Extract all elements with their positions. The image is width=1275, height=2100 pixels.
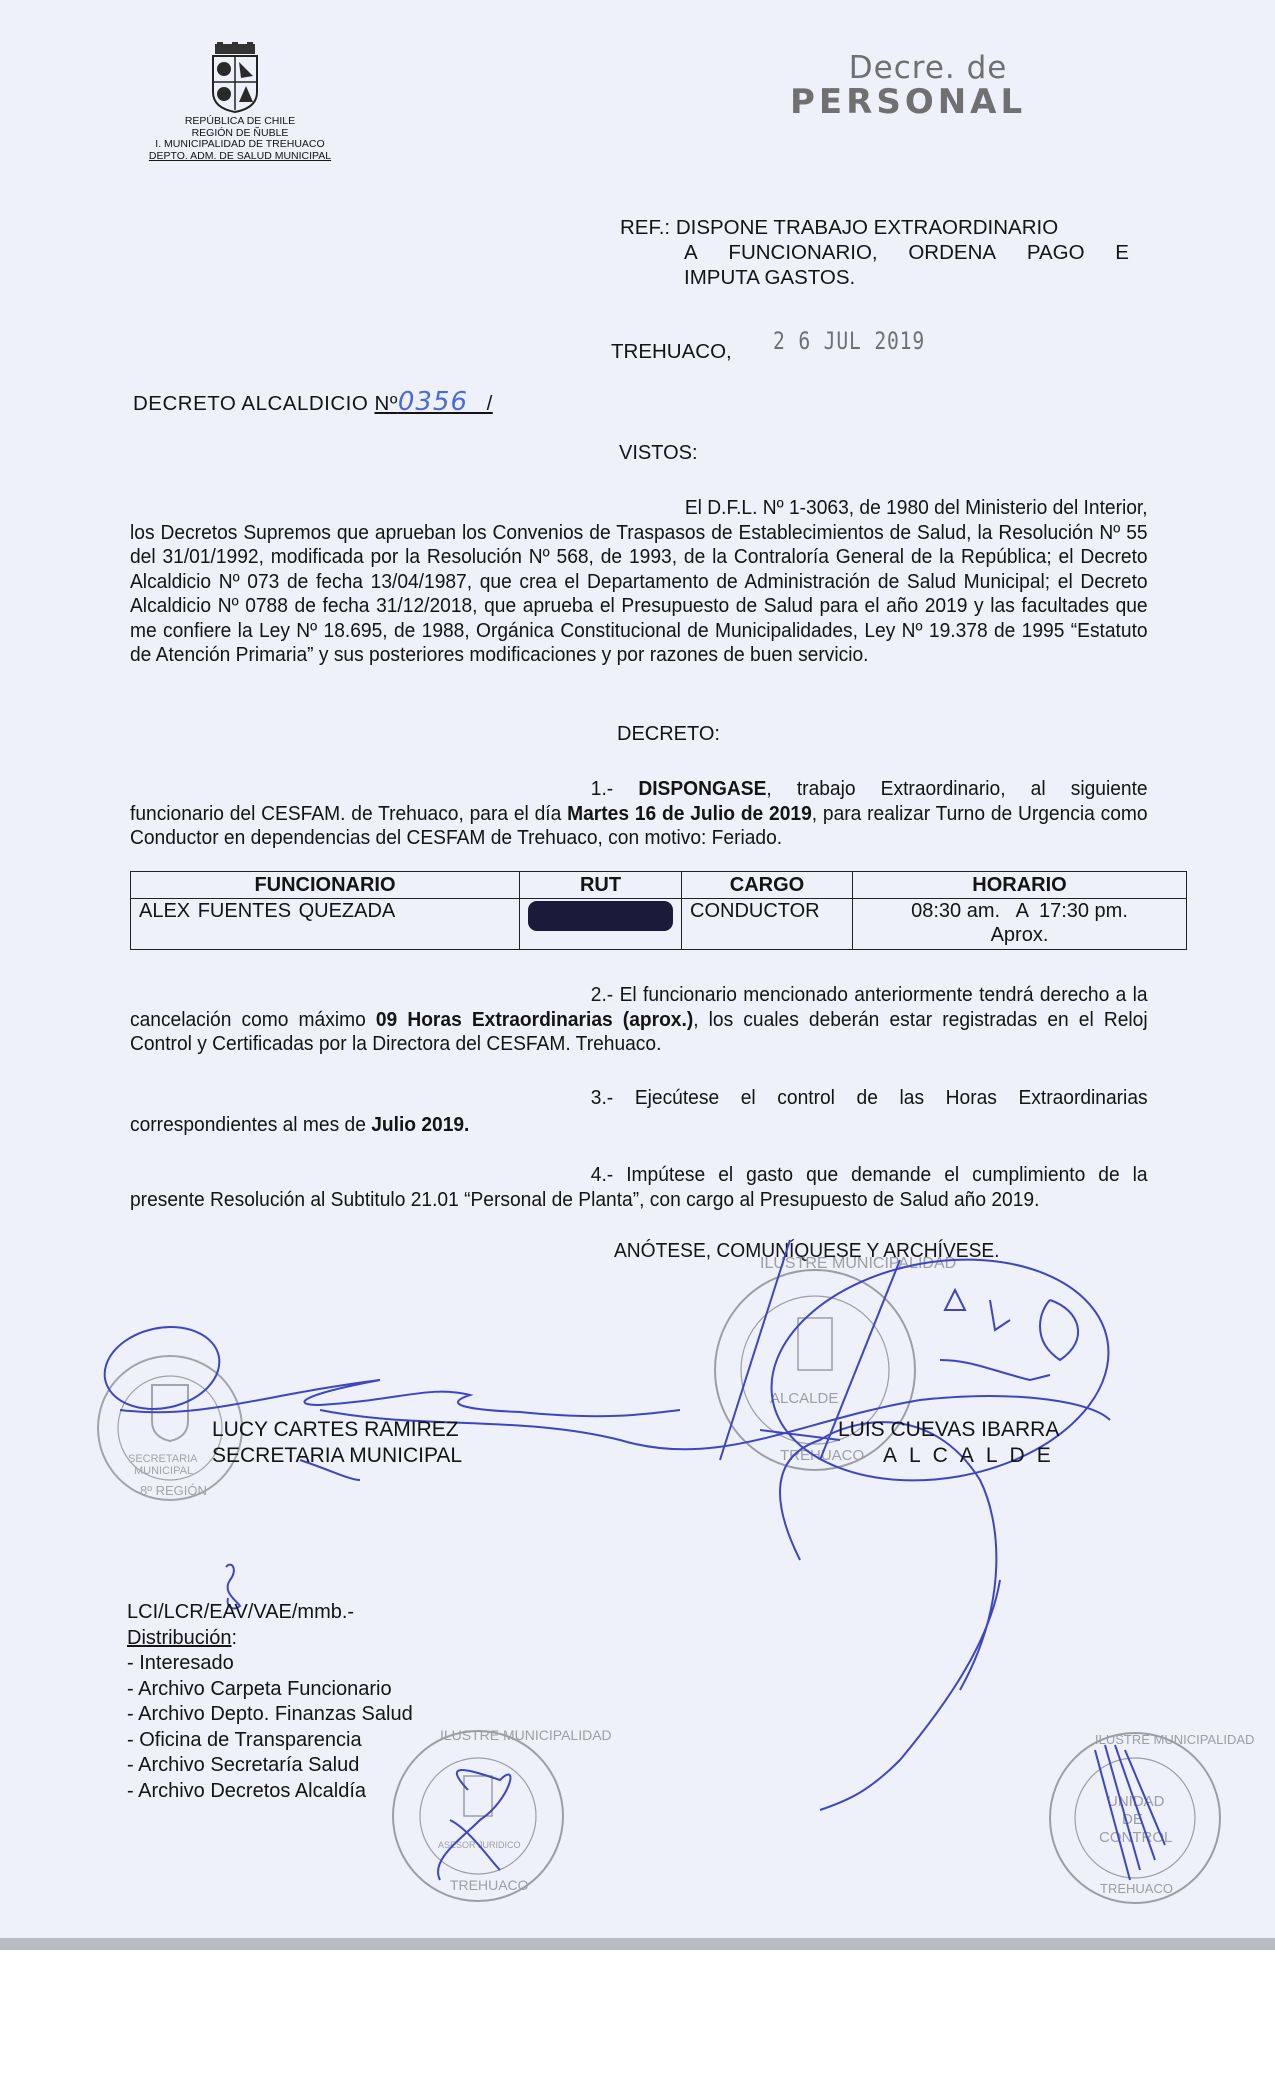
svg-text:TREHUACO: TREHUACO bbox=[1100, 1881, 1173, 1896]
ref-line-3: IMPUTA GASTOS. bbox=[620, 265, 1140, 290]
mayor-name: LUIS CUEVAS IBARRA bbox=[838, 1417, 1063, 1443]
cell-rut bbox=[520, 899, 682, 950]
vistos-first-line: El D.F.L. Nº 1-3063, de 1980 del Ministe… bbox=[130, 496, 1148, 521]
juridico-seal-icon: ILUSTRE MUNICIPALIDAD ASESOR JURIDICO TR… bbox=[393, 1727, 612, 1901]
distribution-item: - Interesado bbox=[127, 1651, 413, 1677]
vistos-body: los Decretos Supremos que aprueban los C… bbox=[130, 522, 1148, 667]
redaction-mark bbox=[528, 901, 673, 931]
ref-word: FUNCIONARIO, bbox=[728, 240, 877, 265]
cell-horario: 08:30 am. A 17:30 pm. Aprox. bbox=[853, 899, 1187, 950]
distribution-item: - Archivo Depto. Finanzas Salud bbox=[127, 1702, 413, 1728]
table-row: ALEX FUENTES QUEZADA CONDUCTOR 08:30 am.… bbox=[131, 899, 1187, 950]
closing-formula: ANÓTESE, COMUNÍQUESE Y ARCHÍVESE. bbox=[614, 1240, 1000, 1263]
svg-text:MUNICIPAL: MUNICIPAL bbox=[134, 1465, 193, 1477]
distribution-item: - Archivo Secretaría Salud bbox=[127, 1753, 413, 1779]
svg-text:8º REGIÓN: 8º REGIÓN bbox=[140, 1483, 207, 1498]
article-3: 3.- Ejecútese el control de las Horas Ex… bbox=[130, 1085, 1148, 1139]
svg-text:DE: DE bbox=[1122, 1811, 1143, 1828]
distribution-block: LCI/LCR/EAV/VAE/mmb.- Distribución: - In… bbox=[127, 1600, 413, 1804]
article-month: Julio 2019. bbox=[371, 1114, 469, 1136]
place: TREHUACO, bbox=[611, 340, 732, 364]
initials: LCI/LCR/EAV/VAE/mmb.- bbox=[127, 1600, 413, 1626]
col-rut: RUT bbox=[520, 872, 682, 899]
svg-text:ILUSTRE MUNICIPALIDAD: ILUSTRE MUNICIPALIDAD bbox=[1095, 1732, 1254, 1747]
municipal-coat-of-arms-icon bbox=[205, 42, 265, 114]
svg-text:TREHUACO: TREHUACO bbox=[450, 1877, 529, 1893]
secretary-title: SECRETARIA MUNICIPAL bbox=[212, 1443, 462, 1469]
article-number: 1.- bbox=[591, 778, 639, 800]
header-line-country: REPÚBLICA DE CHILE bbox=[130, 116, 350, 128]
ref-word: E bbox=[1115, 240, 1129, 265]
svg-text:UNIDAD: UNIDAD bbox=[1107, 1793, 1165, 1810]
reference-block: REF.: DISPONE TRABAJO EXTRAORDINARIO A F… bbox=[620, 215, 1140, 290]
decree-number: Nº0356 / bbox=[375, 392, 493, 415]
svg-text:ALCALDE: ALCALDE bbox=[770, 1390, 838, 1407]
article-1: 1.- DISPONGASE, trabajo Extraordinario, … bbox=[130, 777, 1148, 851]
header-line-department: DEPTO. ADM. DE SALUD MUNICIPAL bbox=[130, 151, 350, 163]
article-date: Martes 16 de Julio de 2019 bbox=[567, 803, 812, 825]
decree-label: DECRETO ALCALDICIO bbox=[133, 392, 375, 415]
decreto-heading: DECRETO: bbox=[617, 723, 720, 746]
vistos-paragraph: El D.F.L. Nº 1-3063, de 1980 del Ministe… bbox=[130, 496, 1148, 668]
cell-cargo: CONDUCTOR bbox=[682, 899, 853, 950]
distribution-item: - Archivo Decretos Alcaldía bbox=[127, 1779, 413, 1805]
distribution-item: - Archivo Carpeta Funcionario bbox=[127, 1677, 413, 1703]
article-2: 2.- El funcionario mencionado anteriorme… bbox=[130, 983, 1148, 1057]
svg-text:CONTROL: CONTROL bbox=[1099, 1829, 1172, 1846]
article-hours: 09 Horas Extraordinarias (aprox.) bbox=[376, 1009, 693, 1031]
horario-note: Aprox. bbox=[861, 923, 1178, 947]
mayor-title: ALCALDE bbox=[838, 1443, 1063, 1469]
control-seal-icon: UNIDAD DE CONTROL ILUSTRE MUNICIPALIDAD … bbox=[1050, 1732, 1254, 1903]
signature-block-secretary: LUCY CARTES RAMIREZ SECRETARIA MUNICIPAL bbox=[212, 1417, 462, 1469]
date-stamp: 2 6 JUL 2019 bbox=[773, 327, 925, 355]
number-prefix: Nº bbox=[375, 392, 398, 415]
signature-block-mayor: LUIS CUEVAS IBARRA ALCALDE bbox=[838, 1417, 1063, 1469]
ref-word: A bbox=[684, 240, 698, 265]
table-header-row: FUNCIONARIO RUT CARGO HORARIO bbox=[131, 872, 1187, 899]
svg-text:ILUSTRE MUNICIPALIDAD: ILUSTRE MUNICIPALIDAD bbox=[440, 1727, 612, 1743]
ref-line-1: DISPONE TRABAJO EXTRAORDINARIO bbox=[676, 216, 1058, 239]
article-keyword: DISPONGASE bbox=[638, 778, 766, 800]
stamp-line-1: Decre. de bbox=[790, 50, 1026, 86]
secretary-name: LUCY CARTES RAMIREZ bbox=[212, 1417, 462, 1443]
cell-funcionario: ALEX FUENTES QUEZADA bbox=[131, 899, 520, 950]
number-suffix: / bbox=[468, 392, 493, 415]
document-page: REPÚBLICA DE CHILE REGIÓN DE ÑUBLE I. MU… bbox=[0, 0, 1275, 1950]
svg-text:ASESOR JURIDICO: ASESOR JURIDICO bbox=[438, 1840, 521, 1850]
col-funcionario: FUNCIONARIO bbox=[131, 872, 520, 899]
stamp-line-2: PERSONAL bbox=[790, 82, 1026, 122]
vistos-heading: VISTOS: bbox=[619, 442, 698, 465]
ref-word: PAGO bbox=[1027, 240, 1085, 265]
header-line-municipality: I. MUNICIPALIDAD DE TREHUACO bbox=[130, 139, 350, 151]
col-horario: HORARIO bbox=[853, 872, 1187, 899]
ref-label: REF.: bbox=[620, 216, 670, 239]
employee-table: FUNCIONARIO RUT CARGO HORARIO ALEX FUENT… bbox=[130, 871, 1187, 950]
svg-text:SECRETARIA: SECRETARIA bbox=[128, 1453, 198, 1465]
issuer-header: REPÚBLICA DE CHILE REGIÓN DE ÑUBLE I. MU… bbox=[130, 116, 350, 162]
ref-line-2: A FUNCIONARIO, ORDENA PAGO E bbox=[620, 240, 1129, 265]
decree-number-line: DECRETO ALCALDICIO Nº0356 / bbox=[133, 387, 493, 417]
article-4: 4.- Impútese el gasto que demande el cum… bbox=[130, 1163, 1148, 1212]
distribution-item: - Oficina de Transparencia bbox=[127, 1728, 413, 1754]
ref-word: ORDENA bbox=[908, 240, 996, 265]
handwritten-number: 0356 bbox=[398, 387, 468, 417]
col-cargo: CARGO bbox=[682, 872, 853, 899]
decree-type-stamp: Decre. de PERSONAL bbox=[790, 50, 1026, 122]
horario-range: 08:30 am. A 17:30 pm. bbox=[861, 899, 1178, 923]
distribution-heading: Distribución bbox=[127, 1627, 231, 1649]
